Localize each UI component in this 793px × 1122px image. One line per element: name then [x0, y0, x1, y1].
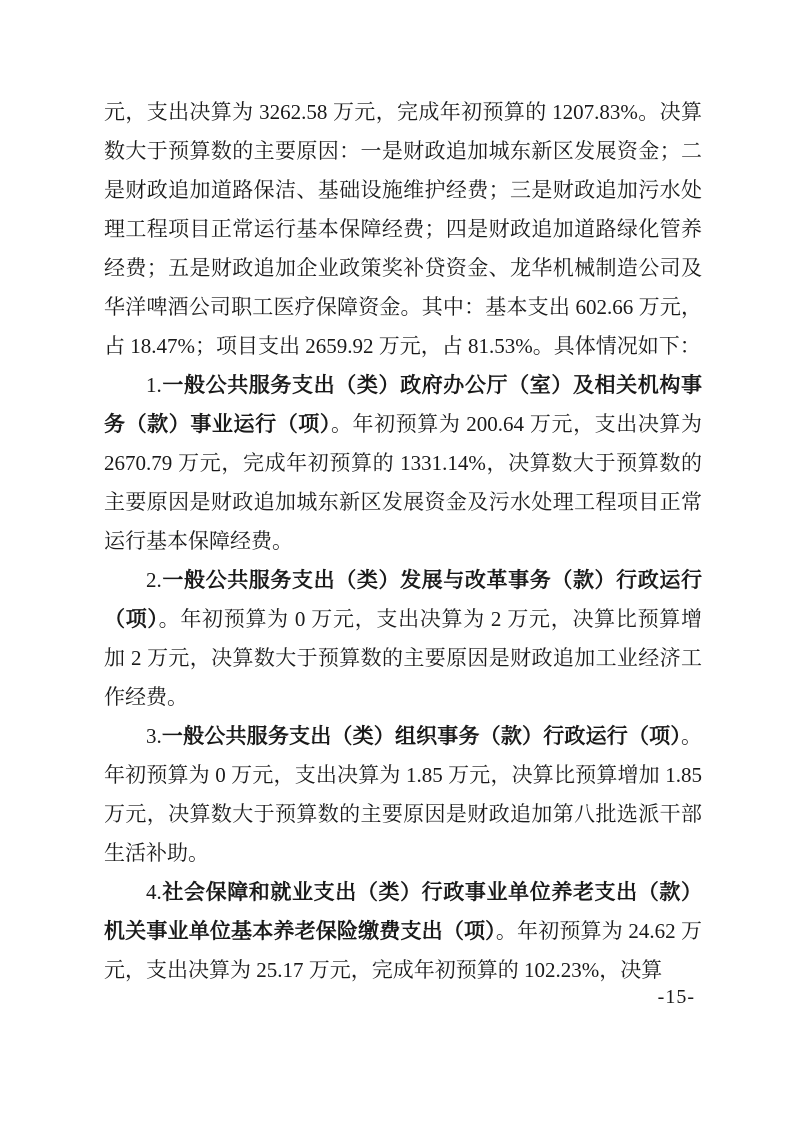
- paragraph-item-2: 2.一般公共服务支出（类）发展与改革事务（款）行政运行（项）。年初预算为 0 万…: [104, 561, 702, 717]
- item-number: 1.: [146, 373, 162, 397]
- paragraph-item-1: 1.一般公共服务支出（类）政府办公厅（室）及相关机构事务（款）事业运行（项）。年…: [104, 366, 702, 561]
- item-number: 2.: [146, 568, 162, 592]
- paragraph-continuation: 元，支出决算为 3262.58 万元，完成年初预算的 1207.83%。决算数大…: [104, 93, 702, 366]
- item-heading: 一般公共服务支出（类）组织事务（款）行政运行（项）: [162, 724, 681, 748]
- paragraph-item-4: 4.社会保障和就业支出（类）行政事业单位养老支出（款）机关事业单位基本养老保险缴…: [104, 873, 702, 990]
- document-page: 元，支出决算为 3262.58 万元，完成年初预算的 1207.83%。决算数大…: [0, 0, 793, 1122]
- body-text: 元，支出决算为 3262.58 万元，完成年初预算的 1207.83%。决算数大…: [104, 100, 702, 358]
- item-number: 4.: [146, 880, 162, 904]
- paragraph-item-3: 3.一般公共服务支出（类）组织事务（款）行政运行（项）。年初预算为 0 万元，支…: [104, 717, 702, 873]
- document-body: 元，支出决算为 3262.58 万元，完成年初预算的 1207.83%。决算数大…: [104, 93, 702, 990]
- item-number: 3.: [146, 724, 162, 748]
- page-number: -15-: [658, 986, 695, 1009]
- body-text: 。年初预算为 0 万元，支出决算为 2 万元，决算比预算增加 2 万元，决算数大…: [104, 607, 702, 709]
